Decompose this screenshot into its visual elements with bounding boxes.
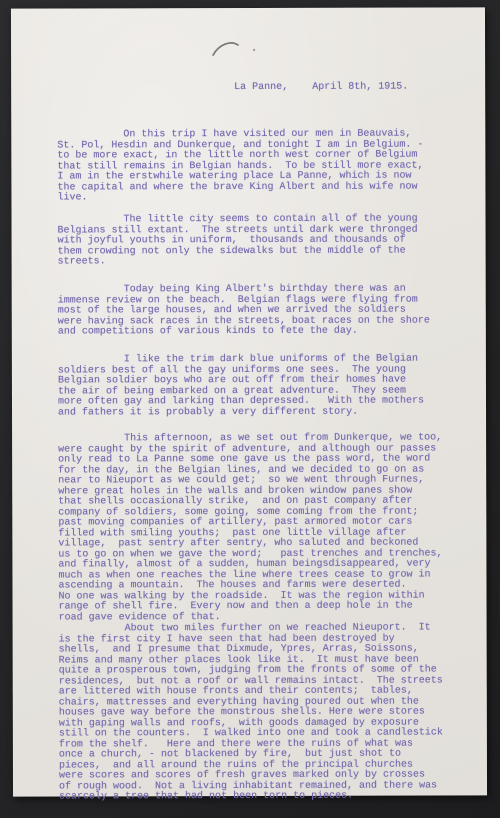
paragraph: On this trip I have visited our men in B… bbox=[57, 129, 467, 204]
text-line: the capital and where the brave King Alb… bbox=[57, 182, 467, 194]
paragraph: This afternoon, as we set out from Dunke… bbox=[58, 433, 468, 623]
dateline: La Panne, April 8th, 1915. bbox=[234, 83, 408, 94]
paragraph: About two miles further on we reached Ni… bbox=[59, 623, 469, 803]
pencil-check-mark-icon bbox=[209, 36, 269, 62]
text-line: live. bbox=[57, 192, 467, 204]
text-line: and fathers it is probably a very differ… bbox=[58, 407, 468, 419]
text-line: range of shell fire. Every now and then … bbox=[59, 601, 469, 613]
text-line: streets. bbox=[58, 256, 468, 268]
text-line: and competitions of various kinds to fet… bbox=[58, 326, 468, 338]
letter-page: La Panne, April 8th, 1915. On this trip … bbox=[11, 7, 487, 796]
paragraph: The little city seems to contain all of … bbox=[58, 214, 468, 268]
scanned-letter-photo: La Panne, April 8th, 1915. On this trip … bbox=[0, 0, 500, 818]
text-line: scarcely a tree that had not been torn t… bbox=[59, 791, 469, 803]
paragraph: Today being King Albert's birthday there… bbox=[58, 284, 468, 338]
paragraph: I like the trim dark blue uniforms of th… bbox=[58, 354, 468, 418]
